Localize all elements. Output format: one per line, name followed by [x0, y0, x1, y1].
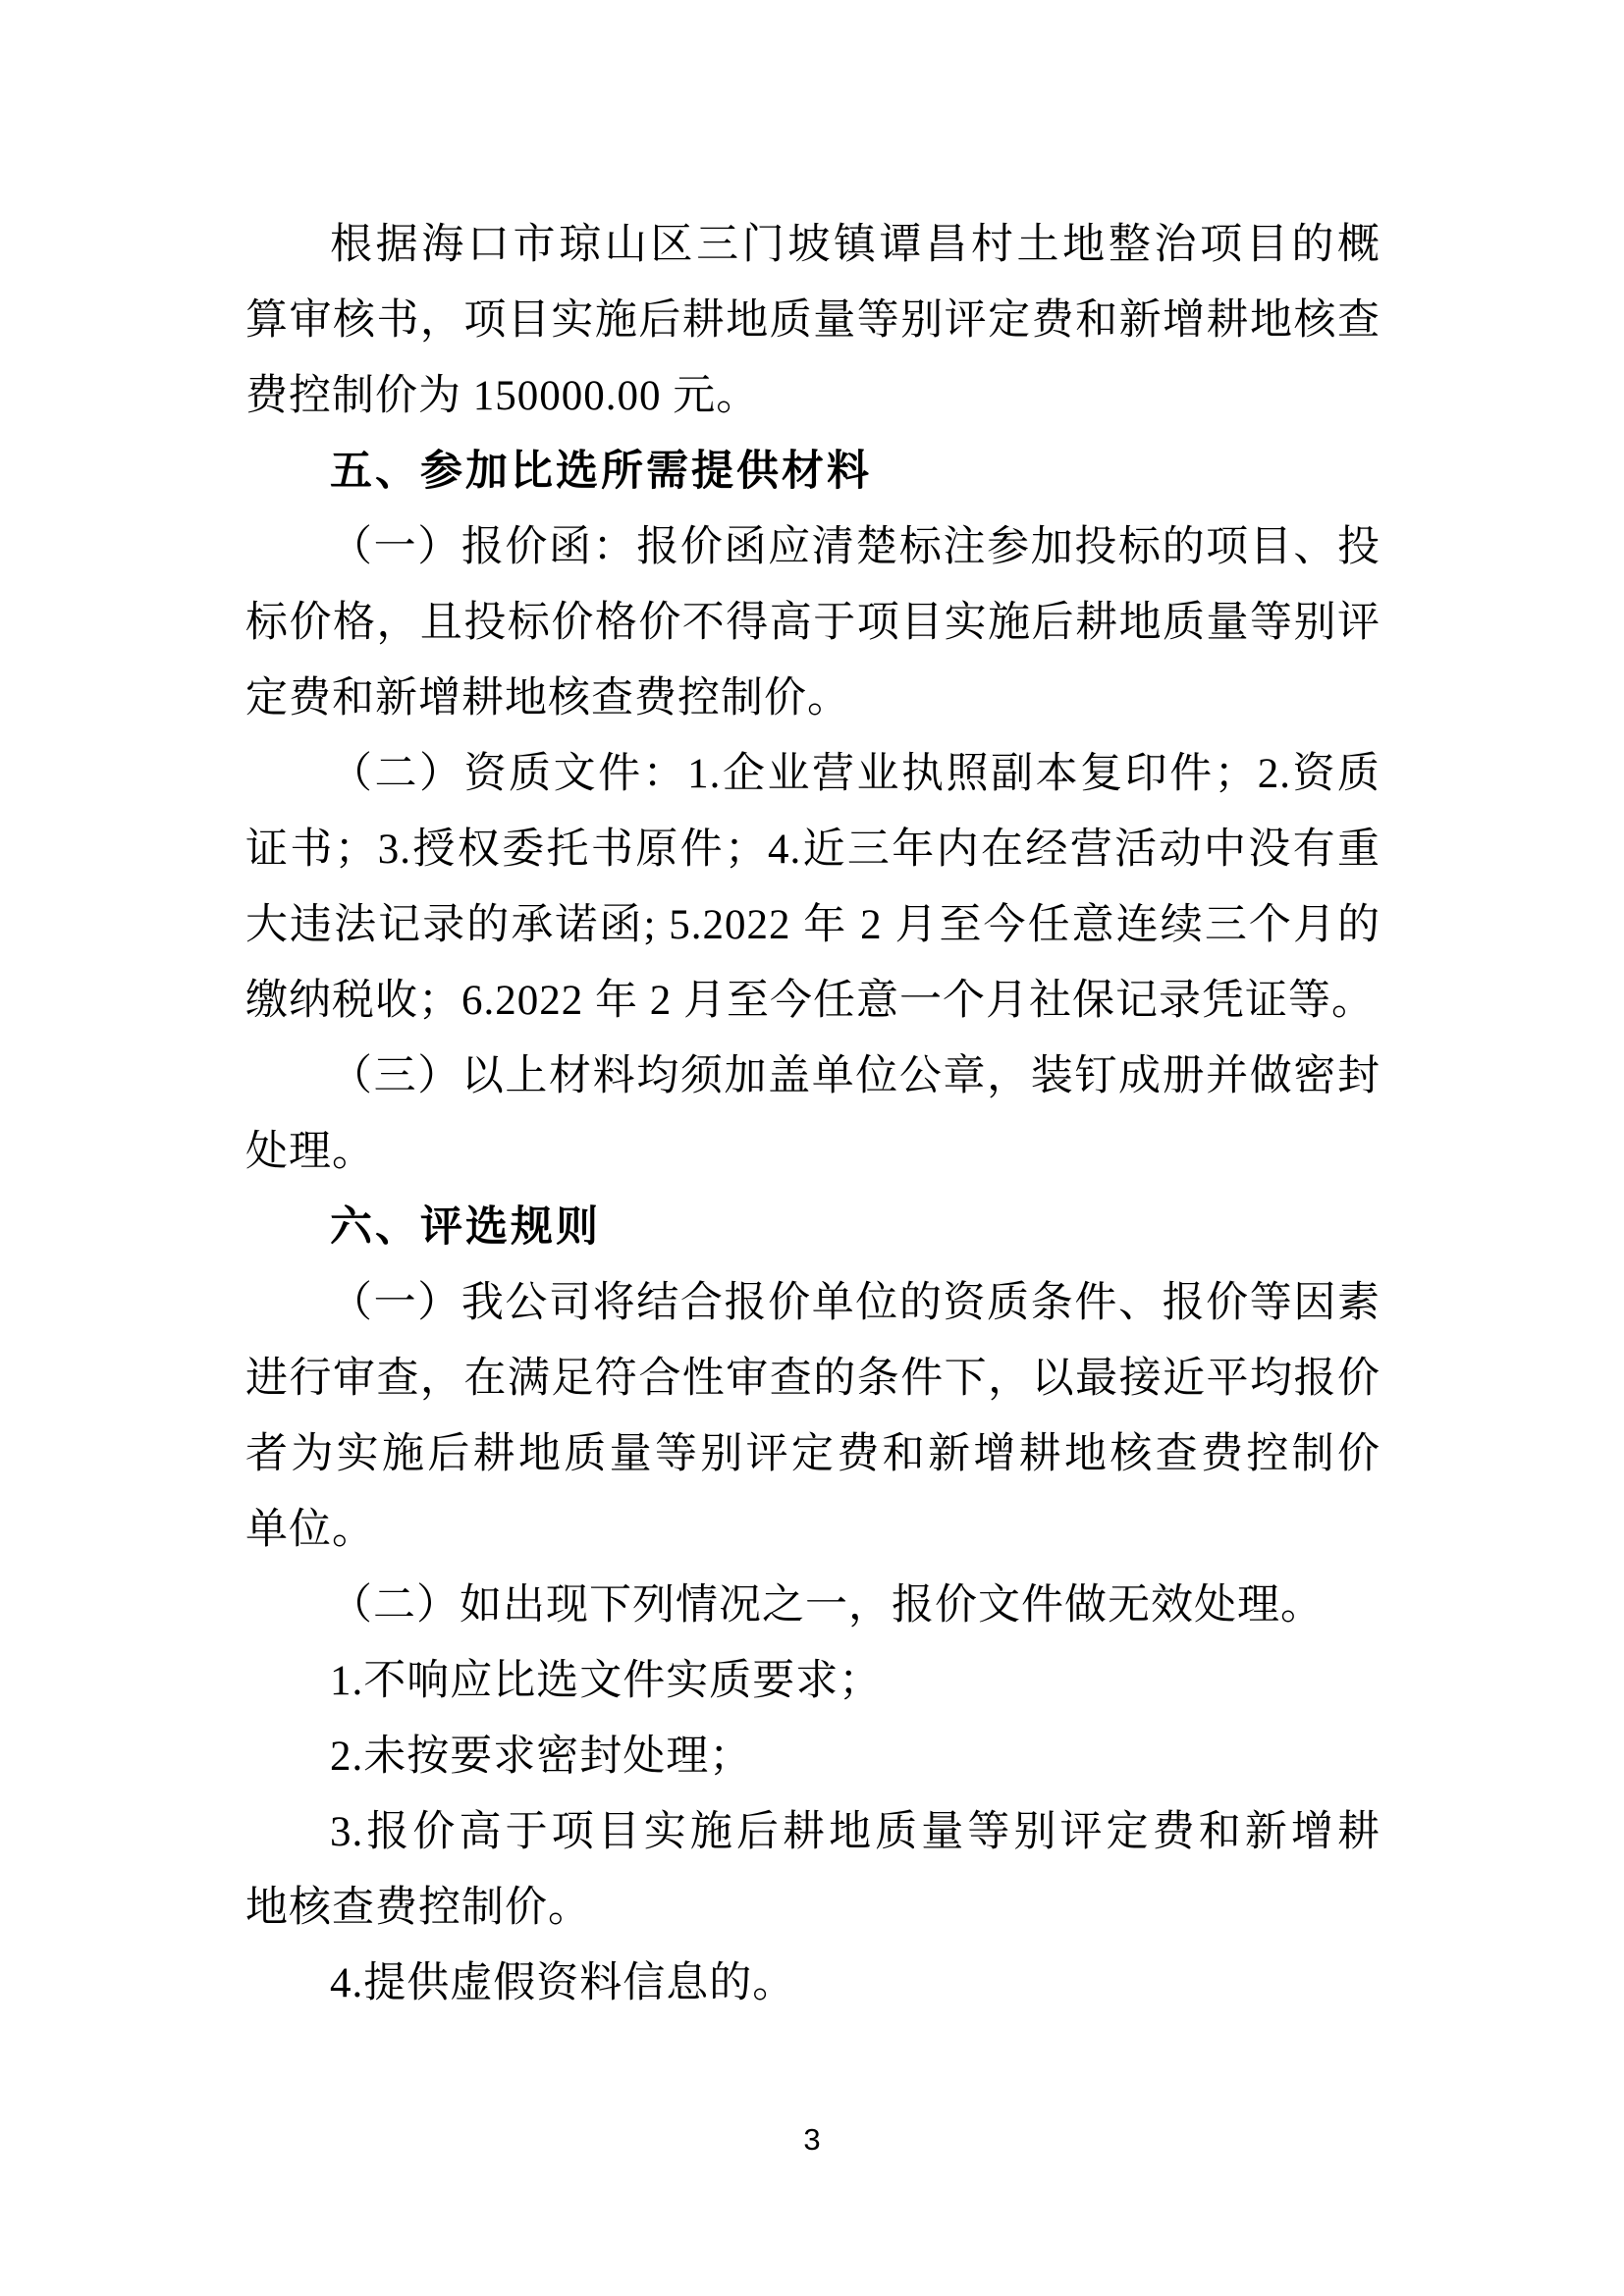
document-page: 根据海口市琼山区三门坡镇谭昌村土地整治项目的概 算审核书，项目实施后耕地质量等别… [0, 0, 1624, 2296]
text-line: 处理。 [245, 1114, 1380, 1190]
text-line: 费控制价为 150000.00 元。 [245, 358, 1380, 434]
text-line: 进行审查，在满足符合性审查的条件下，以最接近平均报价 [245, 1341, 1380, 1416]
text-line: （二）如出现下列情况之一，报价文件做无效处理。 [245, 1568, 1380, 1643]
text-line: 缴纳税收；6.2022 年 2 月至今任意一个月社保记录凭证等。 [245, 963, 1380, 1039]
text-line: （一）我公司将结合报价单位的资质条件、报价等因素 [245, 1265, 1380, 1341]
text-line: （一）报价函：报价函应清楚标注参加投标的项目、投 [245, 509, 1380, 585]
text-line: 2.未按要求密封处理； [245, 1719, 1380, 1794]
text-line: 标价格，且投标价格价不得高于项目实施后耕地质量等别评 [245, 585, 1380, 661]
section-heading: 五、参加比选所需提供材料 [245, 434, 1380, 509]
document-body: 根据海口市琼山区三门坡镇谭昌村土地整治项目的概 算审核书，项目实施后耕地质量等别… [245, 207, 1380, 2021]
text-line: 3.报价高于项目实施后耕地质量等别评定费和新增耕 [245, 1794, 1380, 1870]
text-line: 证书；3.授权委托书原件；4.近三年内在经营活动中没有重 [245, 812, 1380, 887]
text-line: （三）以上材料均须加盖单位公章，装钉成册并做密封 [245, 1039, 1380, 1114]
text-line: 大违法记录的承诺函; 5.2022 年 2 月至今任意连续三个月的 [245, 887, 1380, 963]
text-line: 者为实施后耕地质量等别评定费和新增耕地核查费控制价 [245, 1416, 1380, 1492]
text-line: 4.提供虚假资料信息的。 [245, 1946, 1380, 2021]
page-number: 3 [0, 2120, 1624, 2160]
text-line: 根据海口市琼山区三门坡镇谭昌村土地整治项目的概 [245, 207, 1380, 283]
text-line: 1.不响应比选文件实质要求； [245, 1643, 1380, 1719]
text-line: （二）资质文件：1.企业营业执照副本复印件；2.资质 [245, 736, 1380, 812]
text-line: 定费和新增耕地核查费控制价。 [245, 661, 1380, 736]
text-line: 单位。 [245, 1492, 1380, 1568]
section-heading: 六、评选规则 [245, 1190, 1380, 1265]
text-line: 算审核书，项目实施后耕地质量等别评定费和新增耕地核查 [245, 283, 1380, 358]
text-line: 地核查费控制价。 [245, 1870, 1380, 1946]
